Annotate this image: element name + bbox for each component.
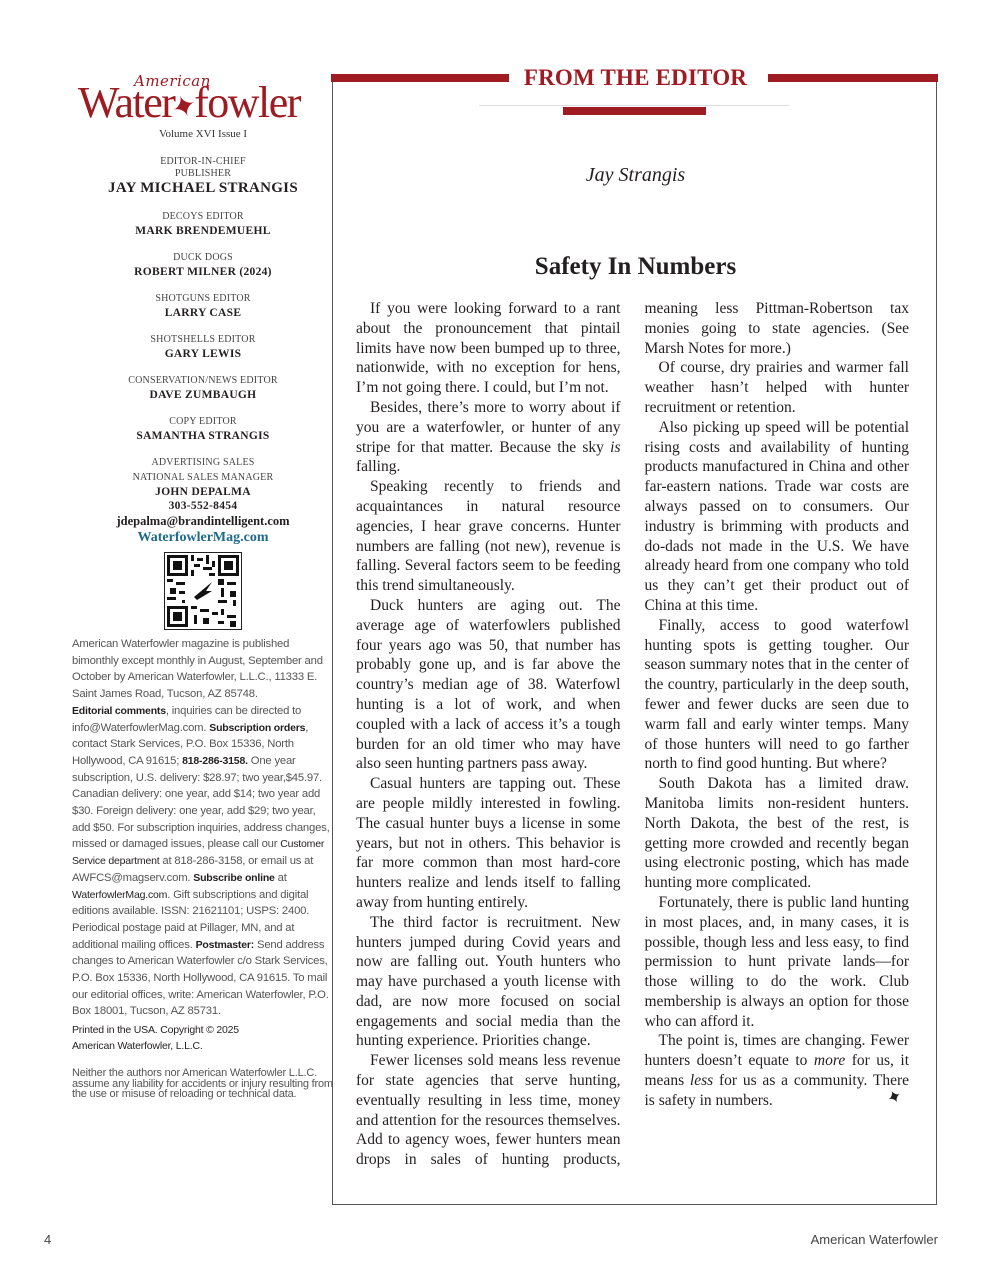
paragraph: Fortunately, there is public land huntin…: [645, 893, 910, 1032]
copyright-line-1: Printed in the USA. Copyright © 2025: [72, 1022, 334, 1038]
subscribe-site[interactable]: WaterfowlerMag.com: [72, 889, 167, 901]
paragraph: South Dakota has a limited draw. Manitob…: [645, 774, 910, 893]
staff-entry: SHOTGUNS EDITOR LARRY CASE: [72, 291, 334, 320]
emphasis: more: [814, 1052, 845, 1069]
editorial-label: Editorial comments: [72, 705, 166, 717]
paragraph: The point is, times are changing. Fewer …: [645, 1031, 910, 1110]
divider-thin: [479, 105, 789, 106]
staff-name: JAY MICHAEL STRANGIS: [72, 179, 334, 197]
sales-role: NATIONAL SALES MANAGER: [72, 470, 334, 485]
staff-name: ROBERT MILNER (2024): [72, 265, 334, 279]
article-headline: Safety In Numbers: [333, 253, 938, 281]
subscribe-online-label: Subscribe online: [193, 872, 274, 884]
paragraph: Duck hunters are aging out. The average …: [356, 596, 621, 774]
paragraph: Finally, access to good waterfowl huntin…: [645, 616, 910, 774]
bird-icon: ✦: [871, 1086, 906, 1116]
emphasis: is: [610, 439, 620, 456]
paragraph-text: Besides, there’s more to worry about if …: [356, 399, 621, 456]
article-body: If you were looking forward to a rant ab…: [356, 299, 909, 1179]
staff-role: SHOTSHELLS EDITOR: [72, 332, 334, 347]
staff-name: GARY LEWIS: [72, 347, 334, 361]
copyright: Printed in the USA. Copyright © 2025 Ame…: [72, 1022, 334, 1054]
logo-water: Water: [78, 78, 174, 127]
divider-thick: [563, 107, 706, 115]
staff-entry: DECOYS EDITOR MARK BRENDEMUEHL: [72, 209, 334, 238]
staff-role: DECOYS EDITOR: [72, 209, 334, 224]
sales-role: ADVERTISING SALES: [72, 455, 334, 470]
staff-role: CONSERVATION/NEWS EDITOR: [72, 373, 334, 388]
paragraph: If you were looking forward to a rant ab…: [356, 299, 621, 398]
subscription-info: Editorial comments, inquiries can be dir…: [72, 703, 334, 1020]
staff-name: LARRY CASE: [72, 306, 334, 320]
sales-email[interactable]: jdepalma@brandintelligent.com: [72, 513, 334, 529]
subscription-phone: 818-286-3158.: [182, 755, 248, 767]
staff-entry: DUCK DOGS ROBERT MILNER (2024): [72, 250, 334, 279]
staff-name: SAMANTHA STRANGIS: [72, 429, 334, 443]
rates-text: One year subscription, U.S. delivery: $2…: [72, 755, 330, 851]
website-link[interactable]: WaterfowlerMag.com: [72, 529, 334, 546]
staff-role: COPY EDITOR: [72, 414, 334, 429]
section-title: FROM THE EDITOR: [333, 65, 938, 91]
subscription-label: Subscription orders: [209, 722, 305, 734]
emphasis: less: [690, 1072, 713, 1089]
masthead-sidebar: American Water✦fowler Volume XVI Issue I…: [72, 70, 334, 1100]
staff-entry: CONSERVATION/NEWS EDITOR DAVE ZUMBAUGH: [72, 373, 334, 402]
editorial-frame: FROM THE EDITOR Jay Strangis Safety In N…: [332, 75, 937, 1205]
paragraph: The third factor is recruitment. New hun…: [356, 913, 621, 1052]
qr-code-icon: [167, 555, 239, 627]
advertising-sales: ADVERTISING SALES NATIONAL SALES MANAGER…: [72, 455, 334, 546]
sales-phone: 303-552-8454: [72, 499, 334, 513]
publication-info: American Waterfowler magazine is publish…: [72, 636, 334, 703]
magazine-logo: American Water✦fowler: [72, 70, 334, 128]
sales-name: JOHN DEPALMA: [72, 485, 334, 499]
staff-entry: COPY EDITOR SAMANTHA STRANGIS: [72, 414, 334, 443]
qr-code[interactable]: [164, 552, 242, 630]
staff-name: DAVE ZUMBAUGH: [72, 388, 334, 402]
paragraph: Besides, there’s more to worry about if …: [356, 398, 621, 477]
staff-entry: EDITOR-IN-CHIEF PUBLISHER JAY MICHAEL ST…: [72, 154, 334, 197]
staff-role: DUCK DOGS: [72, 250, 334, 265]
logo-fowler: fowler: [194, 78, 300, 127]
footer-publication: American Waterfowler: [811, 1232, 938, 1247]
liability-disclaimer: Neither the authors nor American Waterfo…: [72, 1068, 334, 1100]
paragraph: Also picking up speed will be potential …: [645, 418, 910, 616]
paragraph: Speaking recently to friends and acquain…: [356, 477, 621, 596]
postmaster-label: Postmaster:: [196, 939, 255, 951]
page-number: 4: [44, 1232, 51, 1247]
paragraph: Of course, dry prairies and warmer fall …: [645, 358, 910, 417]
subscribe-at: at: [275, 872, 287, 884]
author-byline: Jay Strangis: [333, 164, 938, 187]
staff-list: EDITOR-IN-CHIEF PUBLISHER JAY MICHAEL ST…: [72, 154, 334, 630]
logo-wordmark: Water✦fowler: [78, 78, 300, 133]
copyright-line-2: American Waterfowler, L.L.C.: [72, 1038, 334, 1054]
paragraph: Casual hunters are tapping out. These ar…: [356, 774, 621, 913]
paragraph-text: falling.: [356, 458, 400, 475]
staff-role: SHOTGUNS EDITOR: [72, 291, 334, 306]
staff-entry: SHOTSHELLS EDITOR GARY LEWIS: [72, 332, 334, 361]
staff-name: MARK BRENDEMUEHL: [72, 224, 334, 238]
